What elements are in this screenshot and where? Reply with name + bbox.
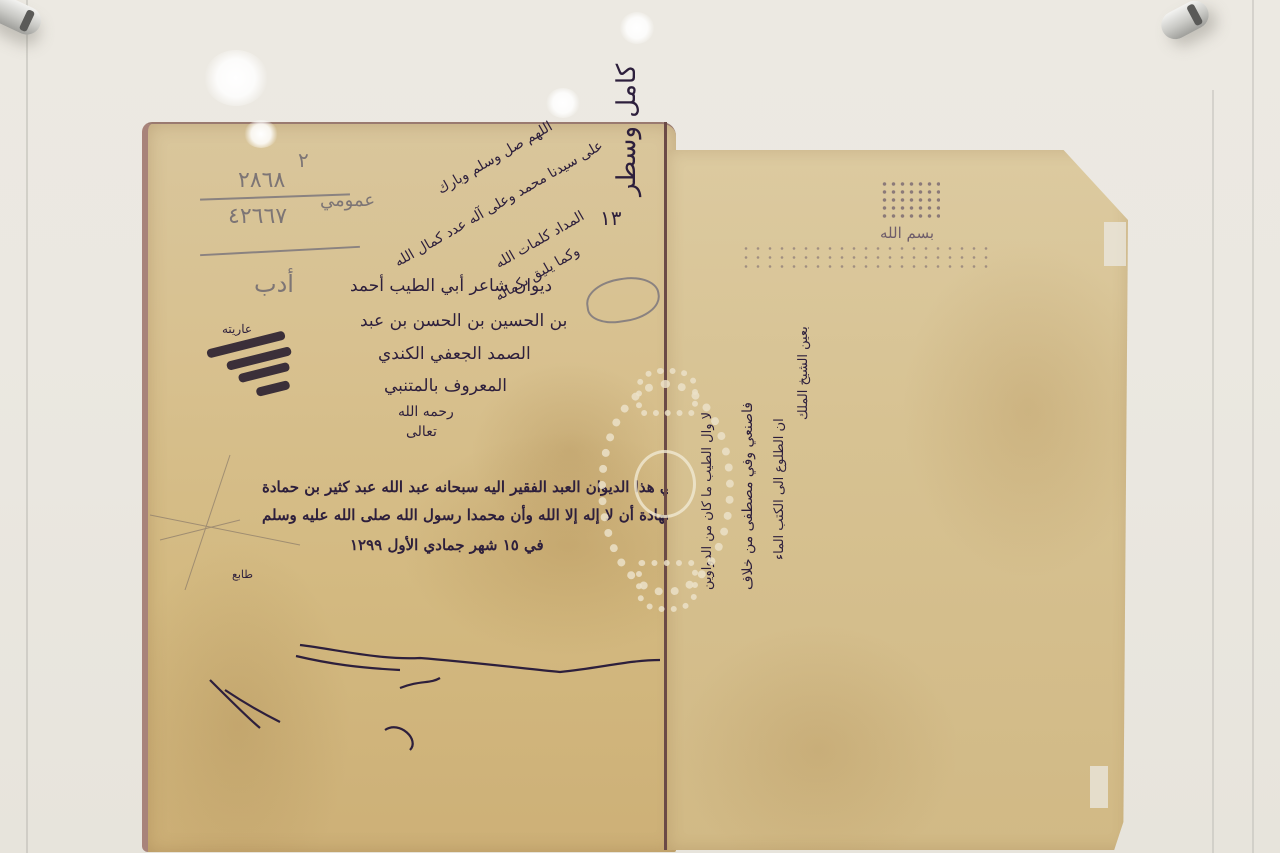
- seal-crescent-icon: [634, 450, 696, 518]
- tape-patch: [1090, 766, 1108, 808]
- faded-dots: [880, 180, 940, 220]
- seal-crown-top: [636, 368, 698, 416]
- tape-patch: [1104, 222, 1126, 266]
- seal-crown-bottom: [636, 560, 698, 612]
- faded-dots: [740, 244, 990, 268]
- faded-header: بسم الله: [880, 224, 934, 242]
- vertical-note-line: بعين الشيخ الملك: [796, 326, 811, 420]
- vertical-note-line: فاصنعي وفي مصطفى من خلاف: [740, 402, 756, 590]
- vertical-note-line: ان الطلوع الى الكتب الماء: [772, 418, 787, 560]
